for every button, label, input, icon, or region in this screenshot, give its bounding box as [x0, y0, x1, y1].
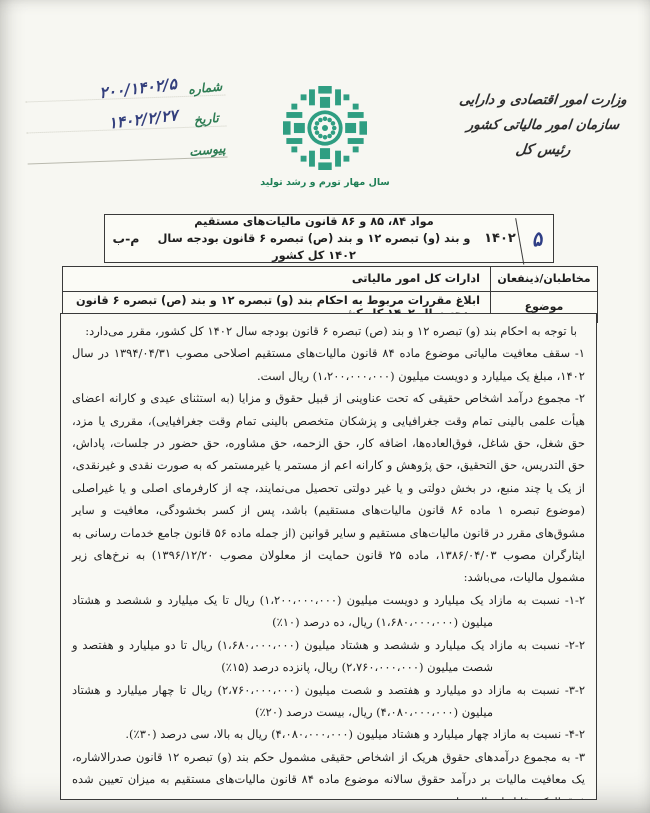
classification-header-table: ۵ ۱۴۰۲ مواد ۸۴، ۸۵ و ۸۶ قانون مالیات‌های…: [104, 214, 554, 263]
subject-title-cell: مواد ۸۴، ۸۵ و ۸۶ قانون مالیات‌های مستقیم…: [147, 215, 481, 262]
letter-body: با توجه به احکام بند (و) تبصره ۱۲ و بند …: [60, 313, 597, 800]
body-paragraph-2-4: ۴-۲- نسبت به مازاد چهار میلیارد و هشتاد …: [72, 723, 585, 745]
subject-title-line2: و بند (و) تبصره ۱۲ و بند (ص) تبصره ۶ قان…: [147, 230, 481, 264]
body-paragraph-1: ۱- سقف معافیت مالیاتی موضوع ماده ۸۴ قانو…: [72, 342, 585, 387]
audience-label: مخاطبان/ذینفعان: [490, 267, 597, 291]
code-cell: م-ب: [105, 215, 147, 262]
emblem-caption: سال مهار تورم و رشد تولید: [248, 177, 402, 188]
audience-row: مخاطبان/ذینفعان ادارات کل امور مالیاتی: [63, 267, 597, 291]
body-paragraph-2-2: ۲-۲- نسبت به مازاد یک میلیارد و ششصد و ه…: [72, 634, 585, 679]
subject-title-line1: مواد ۸۴، ۸۵ و ۸۶ قانون مالیات‌های مستقیم: [194, 213, 433, 230]
ref-attachment-label: پیوست: [187, 140, 228, 159]
audience-value: ادارات کل امور مالیاتی: [63, 270, 490, 287]
organization-header: وزارت امور اقتصادی و دارایی سازمان امور …: [450, 88, 636, 163]
body-paragraph-2: ۲- مجموع درآمد اشخاص حقیقی که تحت عناوین…: [72, 387, 585, 589]
org-line-director: رئیس کل: [449, 138, 638, 163]
tax-emblem-icon: [283, 84, 367, 172]
body-paragraph-3: ۳- به مجموع درآمدهای حقوق هریک از اشخاص …: [72, 746, 585, 800]
reference-block: شماره ۲۰۰/۱۴۰۲/۵ تاریخ ۱۴۰۲/۲/۲۷ پیوست: [24, 65, 227, 165]
scanned-letter-page: شماره ۲۰۰/۱۴۰۲/۵ تاریخ ۱۴۰۲/۲/۲۷ پیوست: [0, 0, 650, 813]
body-paragraph-2-3: ۳-۲- نسبت به مازاد دو میلیارد و هفتصد و …: [72, 679, 585, 724]
serial-cell: ۵: [515, 212, 557, 264]
body-paragraph-2-1: ۱-۲- نسبت به مازاد یک میلیارد و دویست می…: [72, 589, 585, 634]
org-line-organization: سازمان امور مالیاتی کشور: [449, 113, 638, 138]
org-line-ministry: وزارت امور اقتصادی و دارایی: [449, 88, 638, 113]
year-cell: ۱۴۰۲: [481, 215, 519, 262]
body-paragraph-intro: با توجه به احکام بند (و) تبصره ۱۲ و بند …: [72, 320, 585, 342]
ref-date-label: تاریخ: [186, 109, 227, 128]
ref-number-label: شماره: [184, 78, 225, 97]
ref-attachment-row: پیوست: [27, 127, 228, 165]
tax-administration-emblem: [283, 84, 367, 172]
